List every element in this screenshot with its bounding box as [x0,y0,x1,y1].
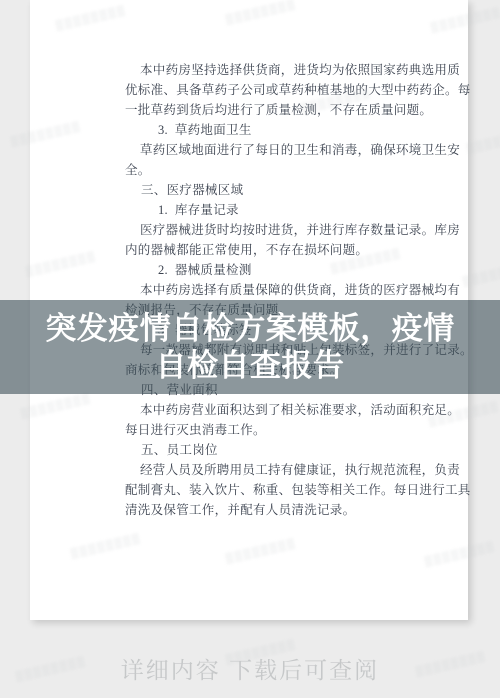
watermark-smudge: ▒▒▒▒▒▒▒▒ [466,127,500,155]
doc-line: 经营人员及所聘用员工持有健康证，执行规范流程，负责 [125,460,441,480]
doc-line: 2. 器械质量检测 [125,260,441,280]
doc-line: 草药区域地面进行了每日的卫生和消毒，确保环境卫生安 [125,140,441,160]
doc-line: 一批草药到货后均进行了质量检测，不存在质量问题。 [125,100,441,120]
preview-screen: 本中药房坚持选择供货商，进货均为依照国家药典选用质优标准、具备草药子公司或草药种… [0,0,500,698]
doc-line: 三、医疗器械区域 [125,180,441,200]
doc-line: 本中药房坚持选择供货商，进货均为依照国家药典选用质 [125,60,441,80]
doc-line: 本中药房选择有质量保障的供货商，进货的医疗器械均有 [125,280,441,300]
doc-line: 内的器械都能正常使用，不存在损坏问题。 [125,240,441,260]
title-banner: 突发疫情自检方案模板，疫情 自检自查报告 [0,300,500,394]
doc-line: 1. 库存量记录 [125,200,441,220]
doc-line: 清洗及保管工作，并配有人员清洗记录。 [125,500,441,520]
doc-line: 优标准、具备草药子公司或草药种植基地的大型中药药企。每 [125,80,441,100]
banner-title-line2: 自检自查报告 [0,347,500,384]
doc-line: 五、员工岗位 [125,440,441,460]
doc-line: 每日进行灭虫消毒工作。 [125,420,441,440]
doc-line: 配制膏丸、装入饮片、称重、包装等相关工作。每日进行工具 [125,480,441,500]
doc-line: 医疗器械进货时均按时进货，并进行库存数量记录。库房 [125,220,441,240]
download-hint-text: 详细内容 下载后可查阅 [0,652,500,685]
doc-line: 3. 草药地面卫生 [125,120,441,140]
doc-text: 本中药房坚持选择供货商，进货均为依照国家药典选用质优标准、具备草药子公司或草药种… [125,60,441,520]
banner-title-line1: 突发疫情自检方案模板，疫情 [0,310,500,347]
doc-line: 本中药房营业面积达到了相关标准要求，活动面积充足。 [125,400,441,420]
doc-line: 全。 [125,160,441,180]
